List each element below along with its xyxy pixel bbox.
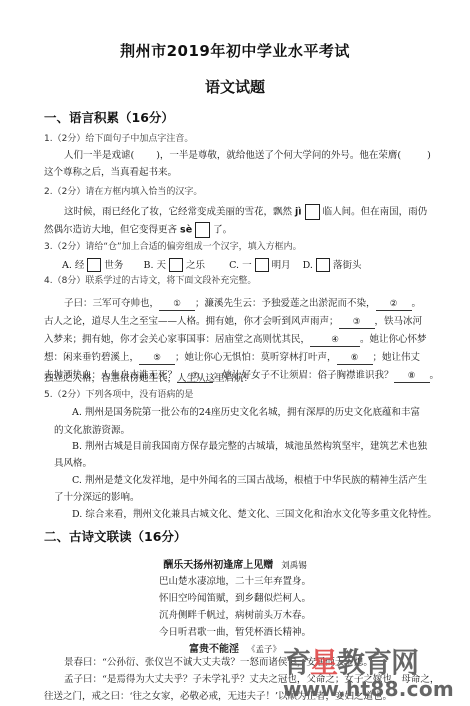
fill-blank-1[interactable]: ① bbox=[159, 298, 195, 311]
fill-blank-8[interactable]: ⑧ bbox=[394, 370, 430, 383]
fill-blank-6[interactable]: ⑥ bbox=[337, 352, 373, 365]
option-a-line-2: 的文化旅游资源。 bbox=[54, 425, 130, 437]
question-4-line-1: 子曰：三军可夺帅也，①；濂溪先生云：予独爱莲之出淤泥而不染，②。 bbox=[64, 298, 421, 311]
poem-title: 酬乐天扬州初逢席上见赠刘禹锡 bbox=[0, 556, 470, 571]
question-4-closing: 独立之人格，智慧依傍她生长，人生从这里启航！ bbox=[44, 373, 253, 385]
option-d-line-1: D. 综合来看，荆州文化兼具古城文化、楚文化、三国文化和治水文化等多重文化特性。 bbox=[72, 509, 437, 521]
question-1-line-1: 人们一半是戏谑()，一半是尊敬，就给他送了个何大学问的外号。他在荣膺() bbox=[64, 150, 431, 162]
fill-blank-3[interactable]: ③ bbox=[339, 316, 375, 329]
answer-box[interactable] bbox=[305, 204, 320, 220]
poem-line-3: 沉舟侧畔千帆过，病树前头万木春。 bbox=[0, 607, 470, 621]
exam-title: 荆州市2019年初中学业水平考试 bbox=[0, 40, 470, 61]
fill-blank-4[interactable]: ④ bbox=[310, 334, 360, 347]
question-2-line-2: 然偶尔造访大地，但它变得更吝 sè了。 bbox=[44, 222, 232, 238]
answer-box[interactable] bbox=[316, 258, 330, 272]
answer-box[interactable] bbox=[255, 258, 269, 272]
pinyin-hint: jì bbox=[295, 207, 302, 218]
question-5-stem: 5.（2分）下列各项中，没有语病的是 bbox=[44, 389, 193, 401]
watermark-url: www.ht88.com bbox=[283, 678, 470, 700]
option-c-line-2: 了十分深远的影响。 bbox=[54, 492, 140, 504]
option-c-line-1: C. 荆州是楚文化发祥地，是中外闻名的三国古战场，根植于中华民族的精神生活产生 bbox=[72, 475, 427, 487]
watermark-logo: 育星教育网 www.ht88.com bbox=[283, 648, 470, 706]
answer-box[interactable] bbox=[169, 258, 183, 272]
pinyin-hint: sè bbox=[180, 225, 192, 236]
poem-line-2: 怀旧空吟闻笛赋，到乡翻似烂柯人。 bbox=[0, 590, 470, 604]
option-d: D.落街头 bbox=[303, 260, 362, 271]
option-b-line-2: 具风格。 bbox=[54, 458, 92, 470]
question-4-line-2: 古人之论，道尽人生之至宝——人格。拥有她，你才会听到风声雨声；③，铁马冰河 bbox=[44, 316, 422, 329]
section-heading-1: 一、语言积累（16分） bbox=[44, 108, 174, 126]
question-4-line-4: 想：闲来垂钓碧溪上，⑤；她让你心无惧怕：莫听穿林打叶声，⑥；她让伟丈 bbox=[44, 352, 420, 365]
option-a: A. 经世务 bbox=[62, 260, 123, 271]
answer-box[interactable] bbox=[195, 222, 210, 238]
answer-box[interactable] bbox=[87, 258, 101, 272]
question-4-line-3: 入梦来；拥有她，你才会关心家事国事：居庙堂之高则忧其民，④。她让你心怀梦 bbox=[44, 334, 427, 347]
fill-blank-5[interactable]: ⑤ bbox=[139, 352, 175, 365]
option-c: C. 一明月 bbox=[229, 260, 291, 271]
question-2-stem: 2.（2分）请在方框内填入恰当的汉字。 bbox=[44, 186, 202, 198]
poem-line-1: 巴山楚水凄凉地，二十三年弃置身。 bbox=[0, 573, 470, 587]
fill-blank-2[interactable]: ② bbox=[376, 298, 412, 311]
section-heading-2: 二、古诗文联读（16分） bbox=[44, 527, 186, 545]
poem-line-4: 今日听君歌一曲，暂凭杯酒长精神。 bbox=[0, 624, 470, 638]
question-4-stem: 4.（8分）联系学过的古诗文，将下面文段补充完整。 bbox=[44, 275, 256, 287]
watermark-text: 育星教育网 bbox=[283, 648, 470, 678]
option-b: B. 天之乐 bbox=[143, 260, 205, 271]
question-3-options: A. 经世务 B. 天之乐 C. 一明月 D.落街头 bbox=[62, 258, 361, 272]
question-3-stem: 3.（2分）请给“仓”加上合适的偏旁组成一个汉字，填入方框内。 bbox=[44, 241, 302, 253]
question-1-line-2: 这个尊称之后，当真看起书来。 bbox=[44, 167, 177, 179]
option-b-line-1: B. 荆州古城是目前我国南方保存最完整的古城墙，城池虽然构筑坚牢，建筑艺术也独 bbox=[72, 441, 427, 453]
exam-subtitle: 语文试题 bbox=[0, 76, 470, 97]
question-1-stem: 1.（2分）给下面句子中加点字注音。 bbox=[44, 133, 193, 145]
exam-page: 荆州市2019年初中学业水平考试 语文试题 一、语言积累（16分） 1.（2分）… bbox=[0, 0, 470, 706]
prose-source: 《孟子》 bbox=[247, 645, 281, 655]
question-2-line-1: 这时候，雨已经化了妆，它经常变成美丽的雪花，飘然 jì临人间。但在南国，雨仍 bbox=[64, 204, 427, 220]
poem-author: 刘禹锡 bbox=[281, 561, 307, 571]
option-a-line-1: A. 荆州是国务院第一批公布的24座历史文化名城，拥有深厚的历史文化底蕴和丰富 bbox=[72, 407, 420, 419]
